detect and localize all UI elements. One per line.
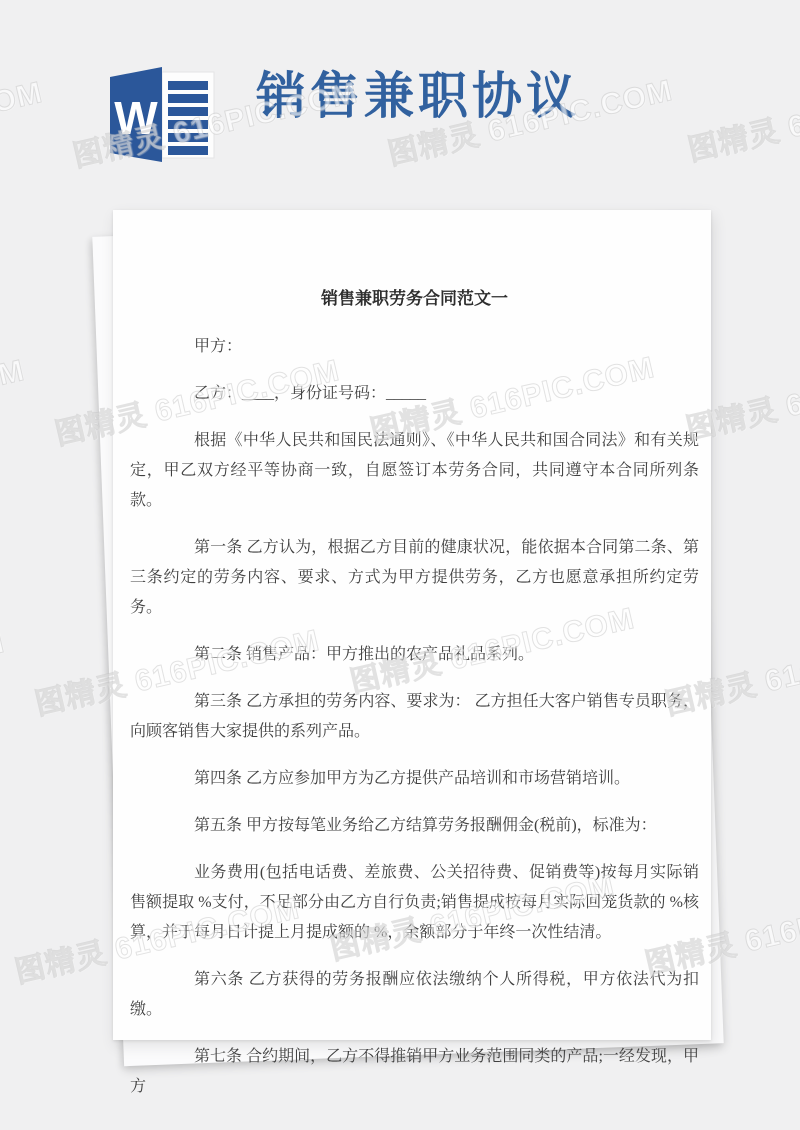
document-paragraph: 第一条 乙方认为，根据乙方目前的健康状况，能依据本合同第二条、第三条约定的劳务内… [130,533,699,623]
document-paragraph: 第二条 销售产品：甲方推出的农产品礼品系列。 [130,640,699,670]
header: W 销售兼职协议 [0,0,800,200]
document-body: 甲方：乙方：____，身份证号码：_____根据《中华人民共和国民法通则》、《中… [130,332,699,1102]
document-paragraph: 乙方：____，身份证号码：_____ [130,379,699,409]
watermark-text: 图精灵 616PIC.COM [0,617,8,725]
document-paragraph: 第三条 乙方承担的劳务内容、要求为： 乙方担任大客户销售专员职务，向顾客销售大家… [130,687,699,747]
document-paragraph: 甲方： [130,332,699,362]
document-paragraph: 第五条 甲方按每笔业务给乙方结算劳务报酬佣金(税前)，标准为： [130,811,699,841]
page-background: W 销售兼职协议 销售兼职劳务合同范文一 甲方：乙方：____，身份证号码：__… [0,0,800,1130]
page-title: 销售兼职协议 [256,66,580,126]
word-icon-w: W [114,92,158,144]
word-icon: W [108,64,218,166]
document-paragraph: 根据《中华人民共和国民法通则》、《中华人民共和国合同法》和有关规定，甲乙双方经平… [130,426,699,516]
document-page: 销售兼职劳务合同范文一 甲方：乙方：____，身份证号码：_____根据《中华人… [113,210,711,1040]
document-paragraph: 业务费用(包括电话费、差旅费、公关招待费、促销费等)按每月实际销售额提取 %支付… [130,858,699,948]
document-paragraph: 第四条 乙方应参加甲方为乙方提供产品培训和市场营销培训。 [130,764,699,794]
watermark-text: 图精灵 616PIC.COM [0,345,28,453]
document-title: 销售兼职劳务合同范文一 [130,284,699,314]
document-content: 销售兼职劳务合同范文一 甲方：乙方：____，身份证号码：_____根据《中华人… [113,210,711,1102]
document-paragraph: 第六条 乙方获得的劳务报酬应依法缴纳个人所得税，甲方依法代为扣缴。 [130,965,699,1025]
document-paragraph: 第七条 合约期间，乙方不得推销甲方业务范围同类的产品;一经发现，甲方 [130,1042,699,1102]
